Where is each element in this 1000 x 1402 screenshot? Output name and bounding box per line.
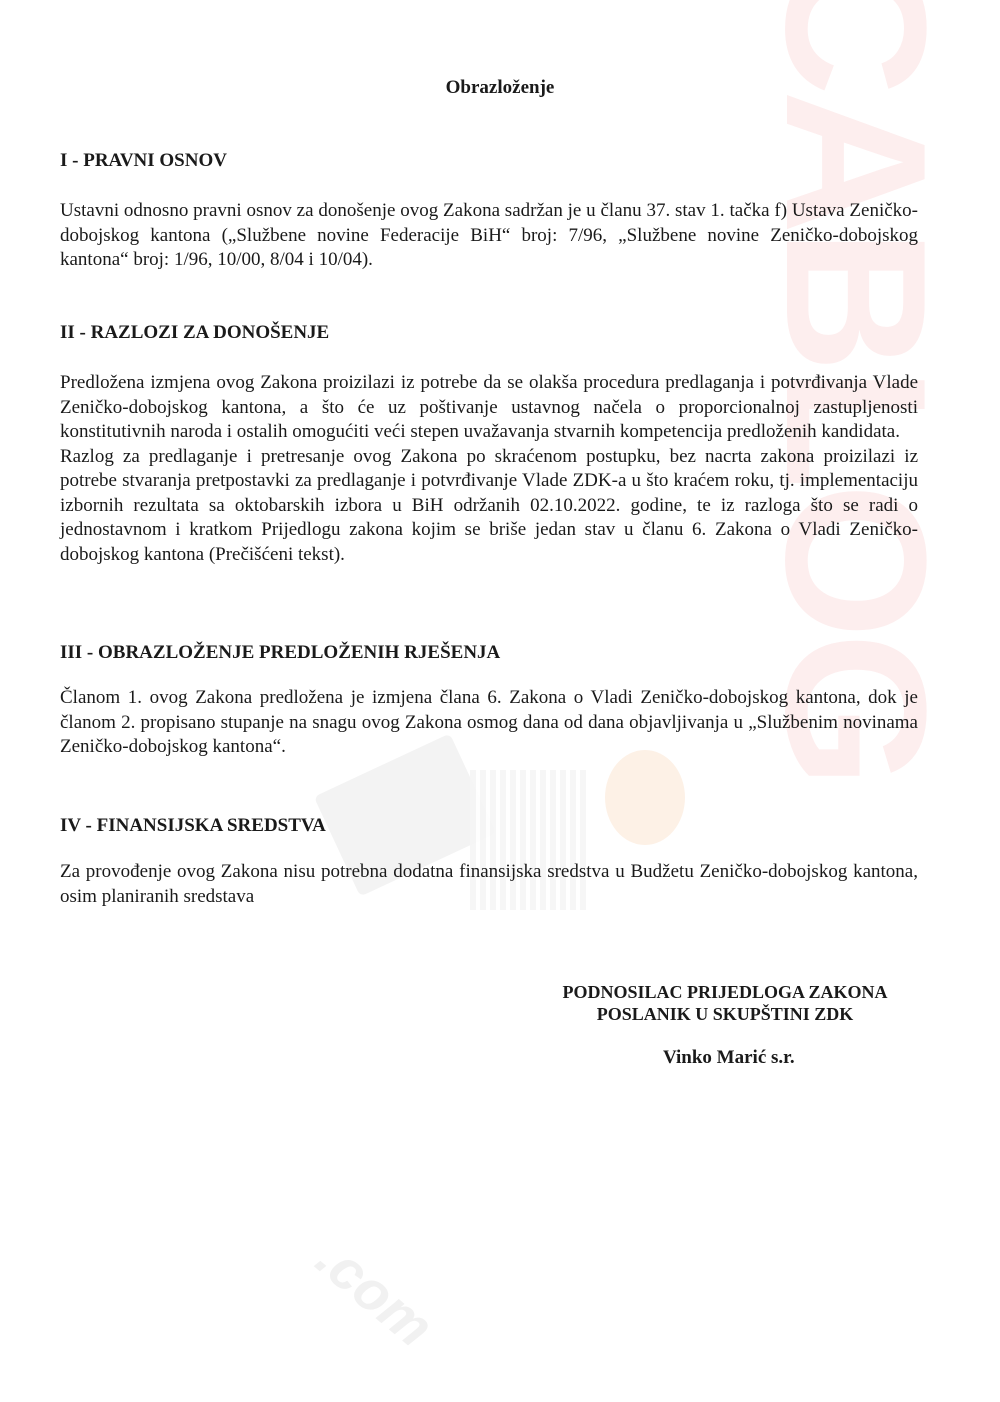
section-heading: III - OBRAZLOŽENJE PREDLOŽENIH RJEŠENJA [60,642,918,664]
section-paragraph: Razlog za predlaganje i pretresanje ovog… [60,445,918,568]
section-heading: I - PRAVNI OSNOV [60,150,918,172]
watermark-suffix: .com [304,1226,446,1360]
section-financial-means: IV - FINANSIJSKA SREDSTVA Za provođenje … [60,815,918,909]
section-paragraph: Za provođenje ovog Zakona nisu potrebna … [60,860,918,909]
section-reasons: II - RAZLOZI ZA DONOŠENJE Predložena izm… [60,322,918,567]
section-heading: II - RAZLOZI ZA DONOŠENJE [60,322,918,344]
signature-title-1: PODNOSILAC PRIJEDLOGA ZAKONA [540,980,910,1004]
document-title: Obrazloženje [0,77,1000,99]
section-paragraph: Članom 1. ovog Zakona predložena je izmj… [60,686,918,760]
section-heading: IV - FINANSIJSKA SREDSTVA [60,815,918,837]
signature-title-2: POSLANIK U SKUPŠTINI ZDK [540,1002,910,1026]
section-paragraph: Ustavni odnosno pravni osnov za donošenj… [60,199,918,273]
section-paragraph: Predložena izmjena ovog Zakona proizilaz… [60,371,918,445]
signature-name: Vinko Marić s.r. [663,1047,795,1069]
section-proposed-solutions: III - OBRAZLOŽENJE PREDLOŽENIH RJEŠENJA … [60,642,918,760]
section-legal-basis: I - PRAVNI OSNOV Ustavni odnosno pravni … [60,150,918,273]
